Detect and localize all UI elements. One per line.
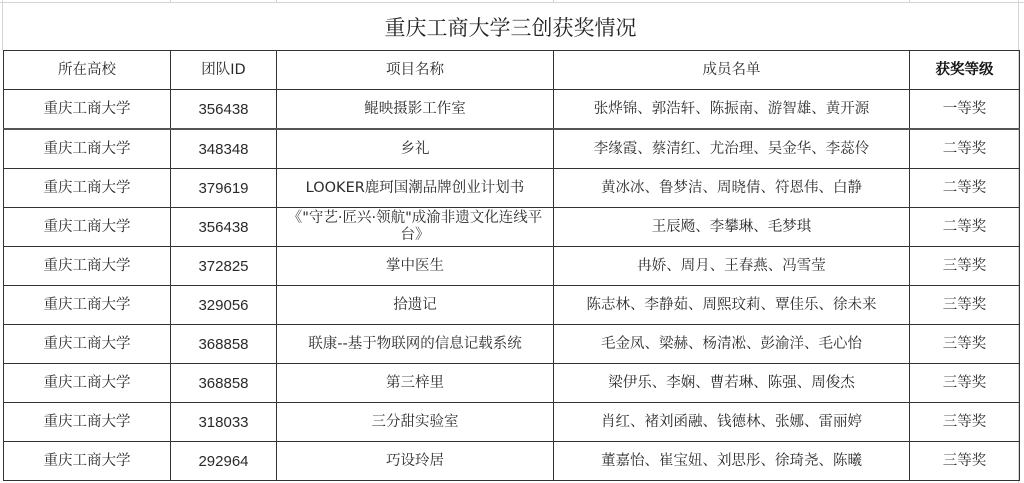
cell-project[interactable]: 拾遗记: [277, 286, 554, 325]
cell-team-id[interactable]: 292964: [171, 442, 277, 481]
cell-school[interactable]: 重庆工商大学: [4, 169, 171, 208]
table-row: 重庆工商大学 356438 鲲映摄影工作室 张烨锦、郭浩轩、陈振南、游智雄、黄开…: [4, 90, 1020, 130]
cell-award[interactable]: 三等奖: [910, 364, 1020, 403]
cell-members[interactable]: 肖红、褚刘函融、钱德林、张娜、雷丽婷: [554, 403, 910, 442]
cell-members[interactable]: 冉娇、周月、王春燕、冯雪莹: [554, 247, 910, 286]
cell-project[interactable]: LOOKER鹿珂国潮品牌创业计划书: [277, 169, 554, 208]
cell-team-id[interactable]: 356438: [171, 90, 277, 130]
cell-school[interactable]: 重庆工商大学: [4, 286, 171, 325]
cell-award[interactable]: 二等奖: [910, 169, 1020, 208]
cell-school[interactable]: 重庆工商大学: [4, 325, 171, 364]
cell-school[interactable]: 重庆工商大学: [4, 364, 171, 403]
cell-project[interactable]: 巧设玲居: [277, 442, 554, 481]
cell-team-id[interactable]: 348348: [171, 129, 277, 169]
sheet-title[interactable]: 重庆工商大学三创获奖情况: [3, 3, 1018, 50]
cell-project[interactable]: 掌中医生: [277, 247, 554, 286]
cell-project[interactable]: 乡礼: [277, 129, 554, 169]
table-row: 重庆工商大学 368858 联康--基于物联网的信息记载系统 毛金凤、梁赫、杨清…: [4, 325, 1020, 364]
cell-school[interactable]: 重庆工商大学: [4, 403, 171, 442]
cell-members[interactable]: 黄冰冰、鲁梦洁、周晓倩、符恩伟、白静: [554, 169, 910, 208]
cell-members[interactable]: 梁伊乐、李娴、曹若琳、陈强、周俊杰: [554, 364, 910, 403]
cell-school[interactable]: 重庆工商大学: [4, 208, 171, 247]
cell-school[interactable]: 重庆工商大学: [4, 442, 171, 481]
cell-award[interactable]: 一等奖: [910, 90, 1020, 130]
cell-project[interactable]: 《"守艺·匠兴·领航"成渝非遗文化连线平台》: [277, 208, 554, 247]
cell-team-id[interactable]: 368858: [171, 364, 277, 403]
cell-school[interactable]: 重庆工商大学: [4, 129, 171, 169]
header-members[interactable]: 成员名单: [554, 51, 910, 90]
cell-team-id[interactable]: 329056: [171, 286, 277, 325]
cell-award[interactable]: 三等奖: [910, 286, 1020, 325]
awards-table: 所在高校 团队ID 项目名称 成员名单 获奖等级 重庆工商大学 356438 鲲…: [3, 50, 1020, 481]
cell-members[interactable]: 陈志林、李静茹、周熙玟莉、覃佳乐、徐未来: [554, 286, 910, 325]
cell-school[interactable]: 重庆工商大学: [4, 90, 171, 130]
table-row: 重庆工商大学 368858 第三梓里 梁伊乐、李娴、曹若琳、陈强、周俊杰 三等奖: [4, 364, 1020, 403]
header-award[interactable]: 获奖等级: [910, 51, 1020, 90]
cell-school[interactable]: 重庆工商大学: [4, 247, 171, 286]
cell-team-id[interactable]: 379619: [171, 169, 277, 208]
table-row: 重庆工商大学 292964 巧设玲居 董嘉怡、崔宝妞、刘思彤、徐琦尧、陈曦 三等…: [4, 442, 1020, 481]
header-row: 所在高校 团队ID 项目名称 成员名单 获奖等级: [4, 51, 1020, 90]
cell-project[interactable]: 第三梓里: [277, 364, 554, 403]
spreadsheet: 重庆工商大学三创获奖情况 所在高校 团队ID 项目名称 成员名单 获奖等级 重庆…: [0, 0, 1024, 483]
header-project[interactable]: 项目名称: [277, 51, 554, 90]
cell-members[interactable]: 王辰飏、李攀琳、毛梦琪: [554, 208, 910, 247]
cell-award[interactable]: 三等奖: [910, 325, 1020, 364]
cell-award[interactable]: 三等奖: [910, 403, 1020, 442]
cell-project[interactable]: 联康--基于物联网的信息记载系统: [277, 325, 554, 364]
table-row: 重庆工商大学 379619 LOOKER鹿珂国潮品牌创业计划书 黄冰冰、鲁梦洁、…: [4, 169, 1020, 208]
header-school[interactable]: 所在高校: [4, 51, 171, 90]
cell-team-id[interactable]: 368858: [171, 325, 277, 364]
cell-team-id[interactable]: 356438: [171, 208, 277, 247]
cell-award[interactable]: 二等奖: [910, 129, 1020, 169]
cell-members[interactable]: 李缘霞、蔡清红、尤治理、吴金华、李蕊伶: [554, 129, 910, 169]
table-row: 重庆工商大学 372825 掌中医生 冉娇、周月、王春燕、冯雪莹 三等奖: [4, 247, 1020, 286]
table-row: 重庆工商大学 348348 乡礼 李缘霞、蔡清红、尤治理、吴金华、李蕊伶 二等奖: [4, 129, 1020, 169]
cell-team-id[interactable]: 318033: [171, 403, 277, 442]
cell-award[interactable]: 二等奖: [910, 208, 1020, 247]
table-row: 重庆工商大学 356438 《"守艺·匠兴·领航"成渝非遗文化连线平台》 王辰飏…: [4, 208, 1020, 247]
table-row: 重庆工商大学 318033 三分甜实验室 肖红、褚刘函融、钱德林、张娜、雷丽婷 …: [4, 403, 1020, 442]
cell-award[interactable]: 三等奖: [910, 247, 1020, 286]
cell-members[interactable]: 毛金凤、梁赫、杨清凇、彭渝洋、毛心怡: [554, 325, 910, 364]
cell-award[interactable]: 三等奖: [910, 442, 1020, 481]
table-row: 重庆工商大学 329056 拾遗记 陈志林、李静茹、周熙玟莉、覃佳乐、徐未来 三…: [4, 286, 1020, 325]
header-team-id[interactable]: 团队ID: [171, 51, 277, 90]
cell-project[interactable]: 三分甜实验室: [277, 403, 554, 442]
cell-members[interactable]: 董嘉怡、崔宝妞、刘思彤、徐琦尧、陈曦: [554, 442, 910, 481]
cell-members[interactable]: 张烨锦、郭浩轩、陈振南、游智雄、黄开源: [554, 90, 910, 130]
cell-team-id[interactable]: 372825: [171, 247, 277, 286]
cell-project[interactable]: 鲲映摄影工作室: [277, 90, 554, 130]
